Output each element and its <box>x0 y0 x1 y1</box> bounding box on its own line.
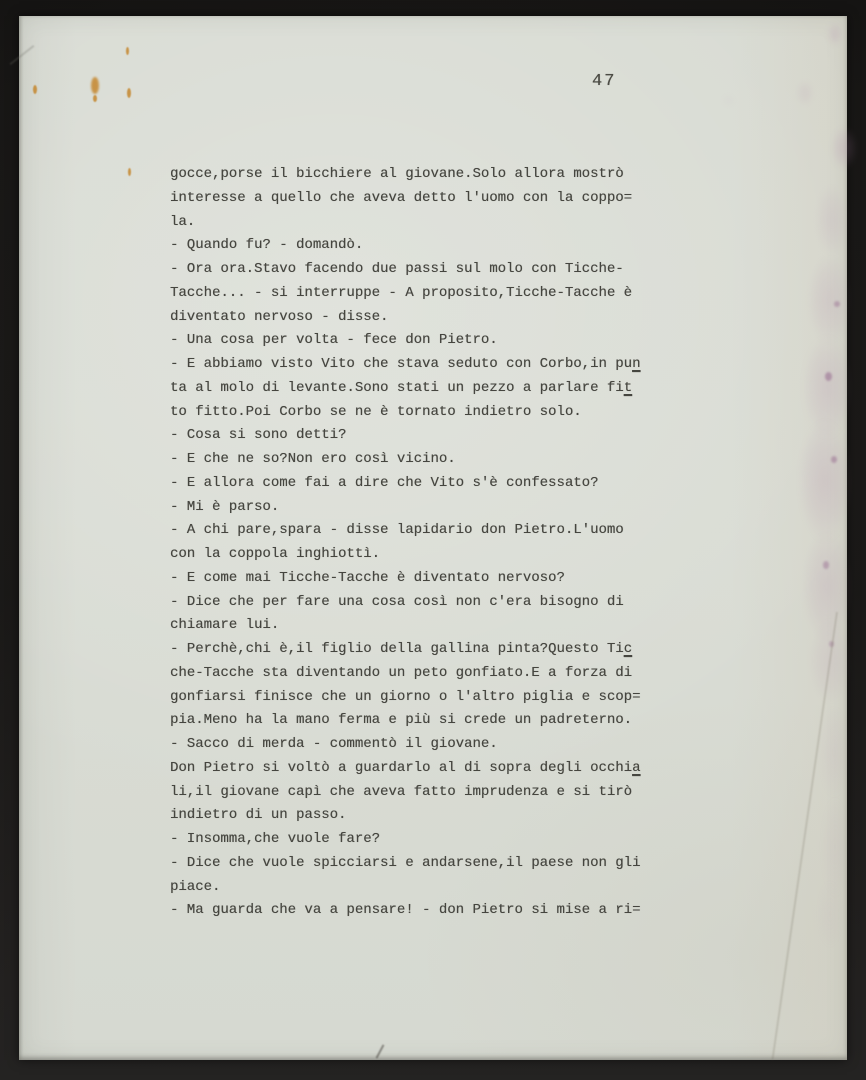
text-line: - E che ne so?Non ero così vicino. <box>170 448 675 472</box>
ink-stain-speck <box>825 372 832 381</box>
ink-stain <box>798 418 852 544</box>
text-line: con la coppola inghiottì. <box>170 543 675 567</box>
ink-stain <box>819 704 849 800</box>
text-line: - Mi è parso. <box>170 496 675 520</box>
paper-crease <box>376 1044 385 1058</box>
text-line: ta al molo di levante.Sono stati un pezz… <box>170 377 675 401</box>
underlined-character: a <box>632 760 640 776</box>
text-line: - Ma guarda che va a pensare! - don Piet… <box>170 899 675 923</box>
text-line: - E allora come fai a dire che Vito s'è … <box>170 472 675 496</box>
ink-stain-speck <box>823 561 829 569</box>
ink-stain-speck <box>834 301 840 307</box>
foxing-spot <box>127 88 131 98</box>
ink-stain <box>827 22 843 46</box>
ink-stain <box>817 878 843 950</box>
underlined-character: n <box>632 356 640 372</box>
ink-stain <box>722 94 735 107</box>
text-line: Tacche... - si interruppe - A proposito,… <box>170 282 675 306</box>
ink-stain <box>796 80 814 106</box>
text-line: li,il giovane capì che aveva fatto impru… <box>170 781 675 805</box>
ink-stain <box>807 254 851 346</box>
text-line: to fitto.Poi Corbo se ne è tornato indie… <box>170 401 675 425</box>
underlined-character: t <box>624 380 632 396</box>
text-line: - Ora ora.Stavo facendo due passi sul mo… <box>170 258 675 282</box>
text-line: pia.Meno ha la mano ferma e più si crede… <box>170 709 675 733</box>
text-line: - Quando fu? - domandò. <box>170 234 675 258</box>
text-line: - Perchè,chi è,il figlio della gallina p… <box>170 638 675 662</box>
text-line: interesse a quello che aveva detto l'uom… <box>170 187 675 211</box>
page-number: 47 <box>592 72 616 91</box>
text-line: gocce,porse il bicchiere al giovane.Solo… <box>170 163 675 187</box>
ink-stain <box>815 184 849 256</box>
text-line: piace. <box>170 876 675 900</box>
scan-background: 47 gocce,porse il bicchiere al giovane.S… <box>0 0 866 1080</box>
text-line: - Dice che vuole spicciarsi e andarsene,… <box>170 852 675 876</box>
manuscript-page: 47 gocce,porse il bicchiere al giovane.S… <box>19 16 847 1060</box>
text-line: - Sacco di merda - commentò il giovane. <box>170 733 675 757</box>
typewritten-text: gocce,porse il bicchiere al giovane.Solo… <box>170 163 675 923</box>
text-line: gonfiarsi finisce che un giorno o l'altr… <box>170 686 675 710</box>
text-line: - E come mai Ticche-Tacche è diventato n… <box>170 567 675 591</box>
text-line: - Cosa si sono detti? <box>170 424 675 448</box>
text-line: la. <box>170 211 675 235</box>
ink-stain-speck <box>831 456 837 463</box>
text-line: Don Pietro si voltò a guardarlo al di so… <box>170 757 675 781</box>
text-line: - E abbiamo visto Vito che stava seduto … <box>170 353 675 377</box>
text-line: - A chi pare,spara - disse lapidario don… <box>170 519 675 543</box>
foxing-spot <box>126 47 129 55</box>
paper-crease <box>10 45 35 65</box>
foxing-spot <box>33 85 37 94</box>
text-line: - Dice che per fare una cosa così non c'… <box>170 591 675 615</box>
ink-stain <box>831 126 857 170</box>
text-line: che-Tacche sta diventando un peto gonfia… <box>170 662 675 686</box>
foxing-spot <box>93 95 97 102</box>
text-line: - Una cosa per volta - fece don Pietro. <box>170 329 675 353</box>
text-line: chiamare lui. <box>170 614 675 638</box>
text-line: - Insomma,che vuole fare? <box>170 828 675 852</box>
foxing-spot <box>128 168 131 176</box>
foxing-spot <box>91 77 99 94</box>
text-line: diventato nervoso - disse. <box>170 306 675 330</box>
text-line: indietro di un passo. <box>170 804 675 828</box>
underlined-character: c <box>624 641 632 657</box>
